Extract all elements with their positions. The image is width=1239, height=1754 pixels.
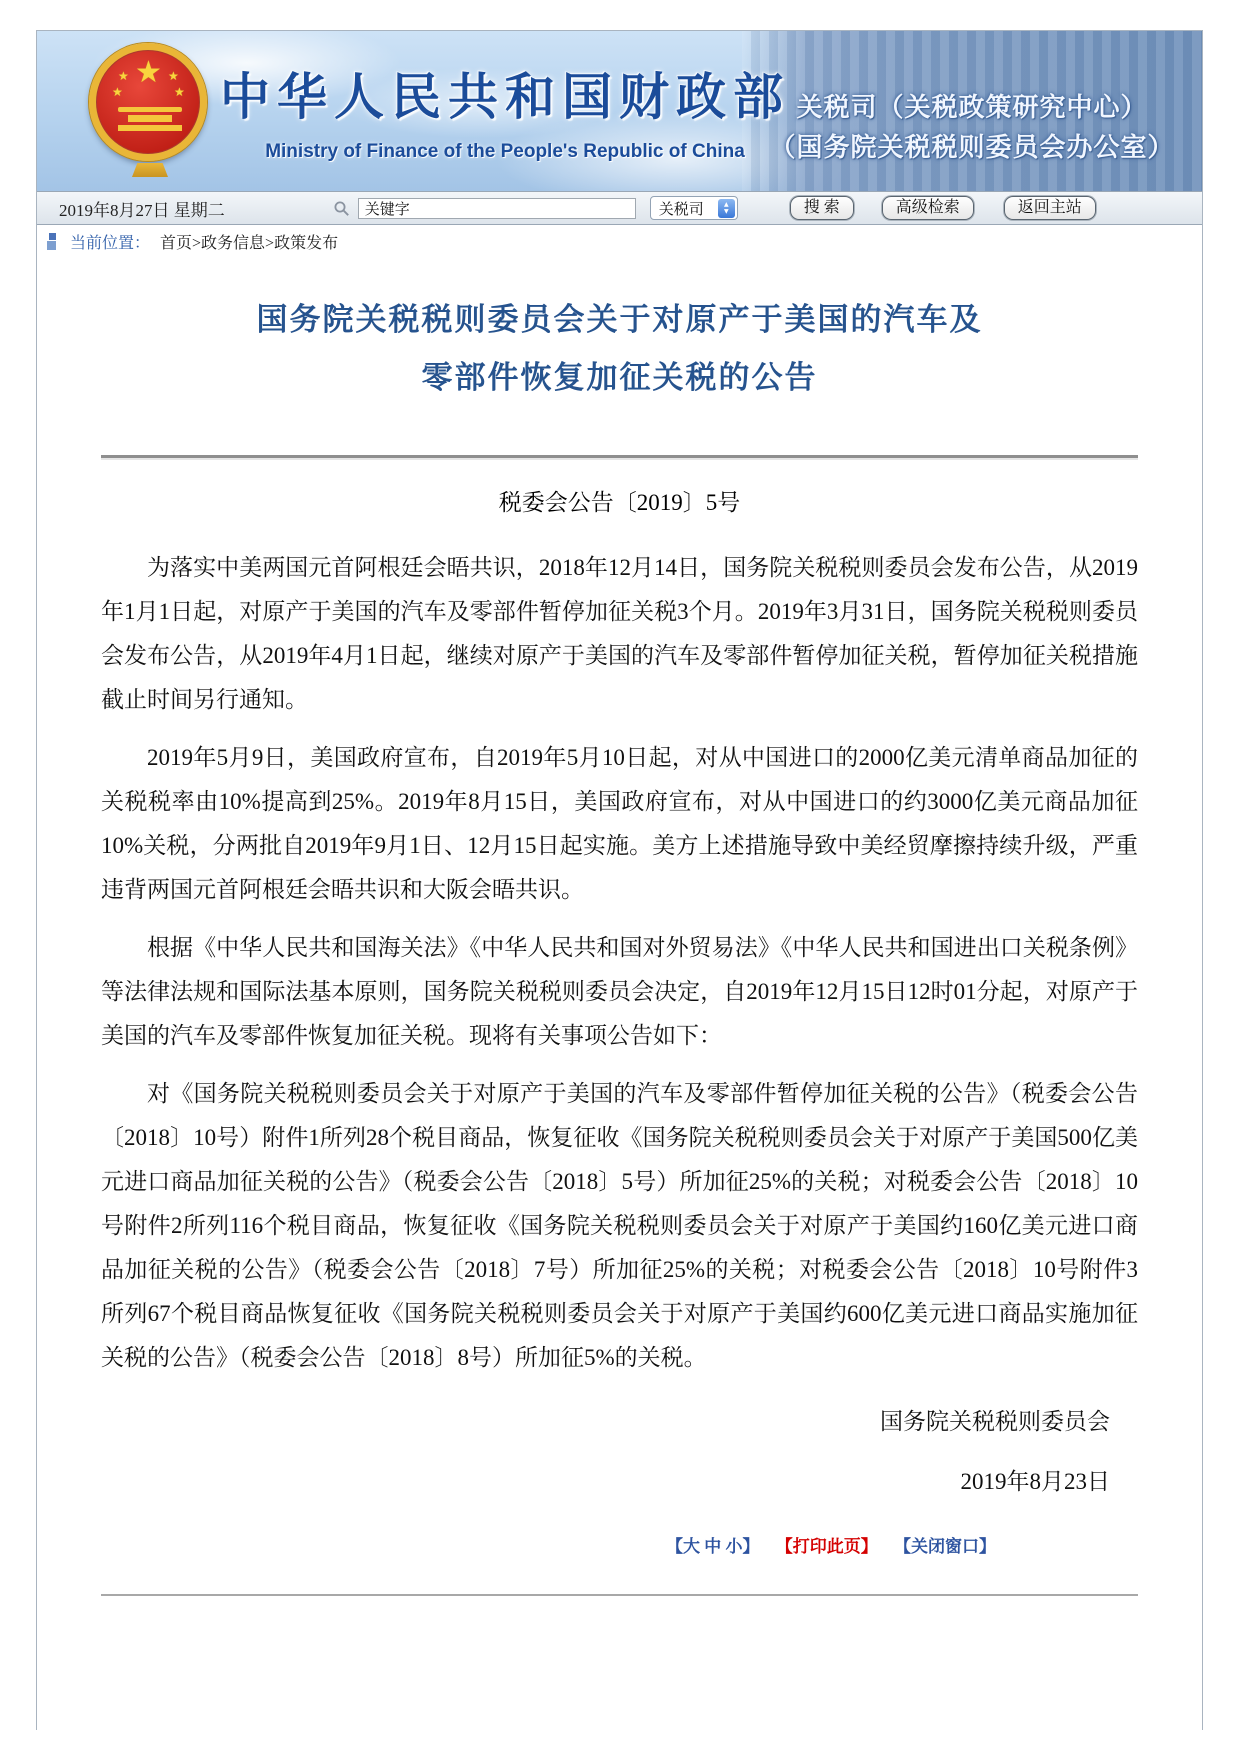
document-area: 国务院关税税则委员会关于对原产于美国的汽车及 零部件恢复加征关税的公告 税委会公… — [37, 257, 1202, 1596]
current-date: 2019年8月27日 星期二 — [59, 196, 225, 221]
department-line-2: （国务院关税税则委员会办公室） — [769, 127, 1174, 164]
select-arrows-icon: ▲▼ — [718, 199, 735, 218]
breadcrumb: 当前位置： 首页>政务信息>政策发布 — [37, 225, 1202, 257]
doc-paragraph: 对《国务院关税税则委员会关于对原产于美国的汽车及零部件暂停加征关税的公告》（税委… — [101, 1072, 1138, 1380]
document-number: 税委会公告〔2019〕5号 — [101, 486, 1138, 520]
breadcrumb-bullet-icon — [47, 233, 60, 250]
emblem-star-icon: ★ — [118, 69, 129, 84]
site-title-english: Ministry of Finance of the People's Repu… — [205, 141, 805, 163]
signature-date: 2019年8月23日 — [101, 1460, 1138, 1504]
title-divider — [101, 455, 1138, 458]
search-input[interactable] — [358, 198, 636, 219]
page-actions: 【大 中 小】 【打印此页】 【关闭窗口】 — [101, 1534, 1138, 1560]
signature: 国务院关税税则委员会 — [101, 1400, 1138, 1444]
bottom-divider — [101, 1594, 1138, 1596]
emblem-tassel — [132, 163, 168, 177]
document-title-line2: 零部件恢复加征关税的公告 — [422, 360, 818, 395]
emblem-star-icon: ★ — [135, 55, 162, 90]
emblem-star-icon: ★ — [112, 85, 123, 100]
search-icon — [333, 200, 350, 217]
return-home-button[interactable]: 返回主站 — [1004, 196, 1096, 220]
print-page-link[interactable]: 【打印此页】 — [776, 1537, 878, 1556]
department-line-1: 关税司（关税政策研究中心） — [796, 87, 1147, 124]
emblem-star-icon: ★ — [174, 85, 185, 100]
doc-paragraph: 为落实中美两国元首阿根廷会晤共识，2018年12月14日，国务院关税税则委员会发… — [101, 546, 1138, 722]
breadcrumb-label: 当前位置： — [70, 230, 150, 253]
site-titles: 中华人民共和国财政部 Ministry of Finance of the Pe… — [205, 57, 805, 163]
advanced-search-button[interactable]: 高级检索 — [882, 196, 974, 220]
document-title: 国务院关税税则委员会关于对原产于美国的汽车及 零部件恢复加征关税的公告 — [101, 291, 1138, 407]
national-emblem-icon: ★ ★ ★ ★ ★ — [85, 39, 215, 187]
font-size-link[interactable]: 【大 中 小】 — [666, 1537, 760, 1556]
doc-paragraph: 2019年5月9日，美国政府宣布，自2019年5月10日起，对从中国进口的200… — [101, 736, 1138, 912]
search-scope-value: 关税司 — [659, 198, 704, 219]
page-frame: 关税司（关税政策研究中心） （国务院关税税则委员会办公室） ★ ★ ★ ★ ★ … — [36, 30, 1203, 1730]
document-title-line1: 国务院关税税则委员会关于对原产于美国的汽车及 — [257, 302, 983, 337]
department-panel: 关税司（关税政策研究中心） （国务院关税税则委员会办公室） — [742, 31, 1202, 191]
close-window-link[interactable]: 【关闭窗口】 — [894, 1537, 996, 1556]
site-title-chinese: 中华人民共和国财政部 — [205, 57, 805, 129]
breadcrumb-path[interactable]: 首页>政务信息>政策发布 — [160, 230, 338, 253]
site-banner: 关税司（关税政策研究中心） （国务院关税税则委员会办公室） ★ ★ ★ ★ ★ … — [37, 31, 1202, 191]
search-button[interactable]: 搜 索 — [790, 196, 854, 220]
search-toolbar: 2019年8月27日 星期二 关税司 ▲▼ 搜 索 高级检索 返回主站 — [37, 191, 1202, 225]
emblem-star-icon: ★ — [168, 69, 179, 84]
emblem-gate-icon — [118, 107, 182, 131]
doc-paragraph: 根据《中华人民共和国海关法》《中华人民共和国对外贸易法》《中华人民共和国进出口关… — [101, 926, 1138, 1058]
search-scope-select[interactable]: 关税司 ▲▼ — [650, 196, 738, 220]
